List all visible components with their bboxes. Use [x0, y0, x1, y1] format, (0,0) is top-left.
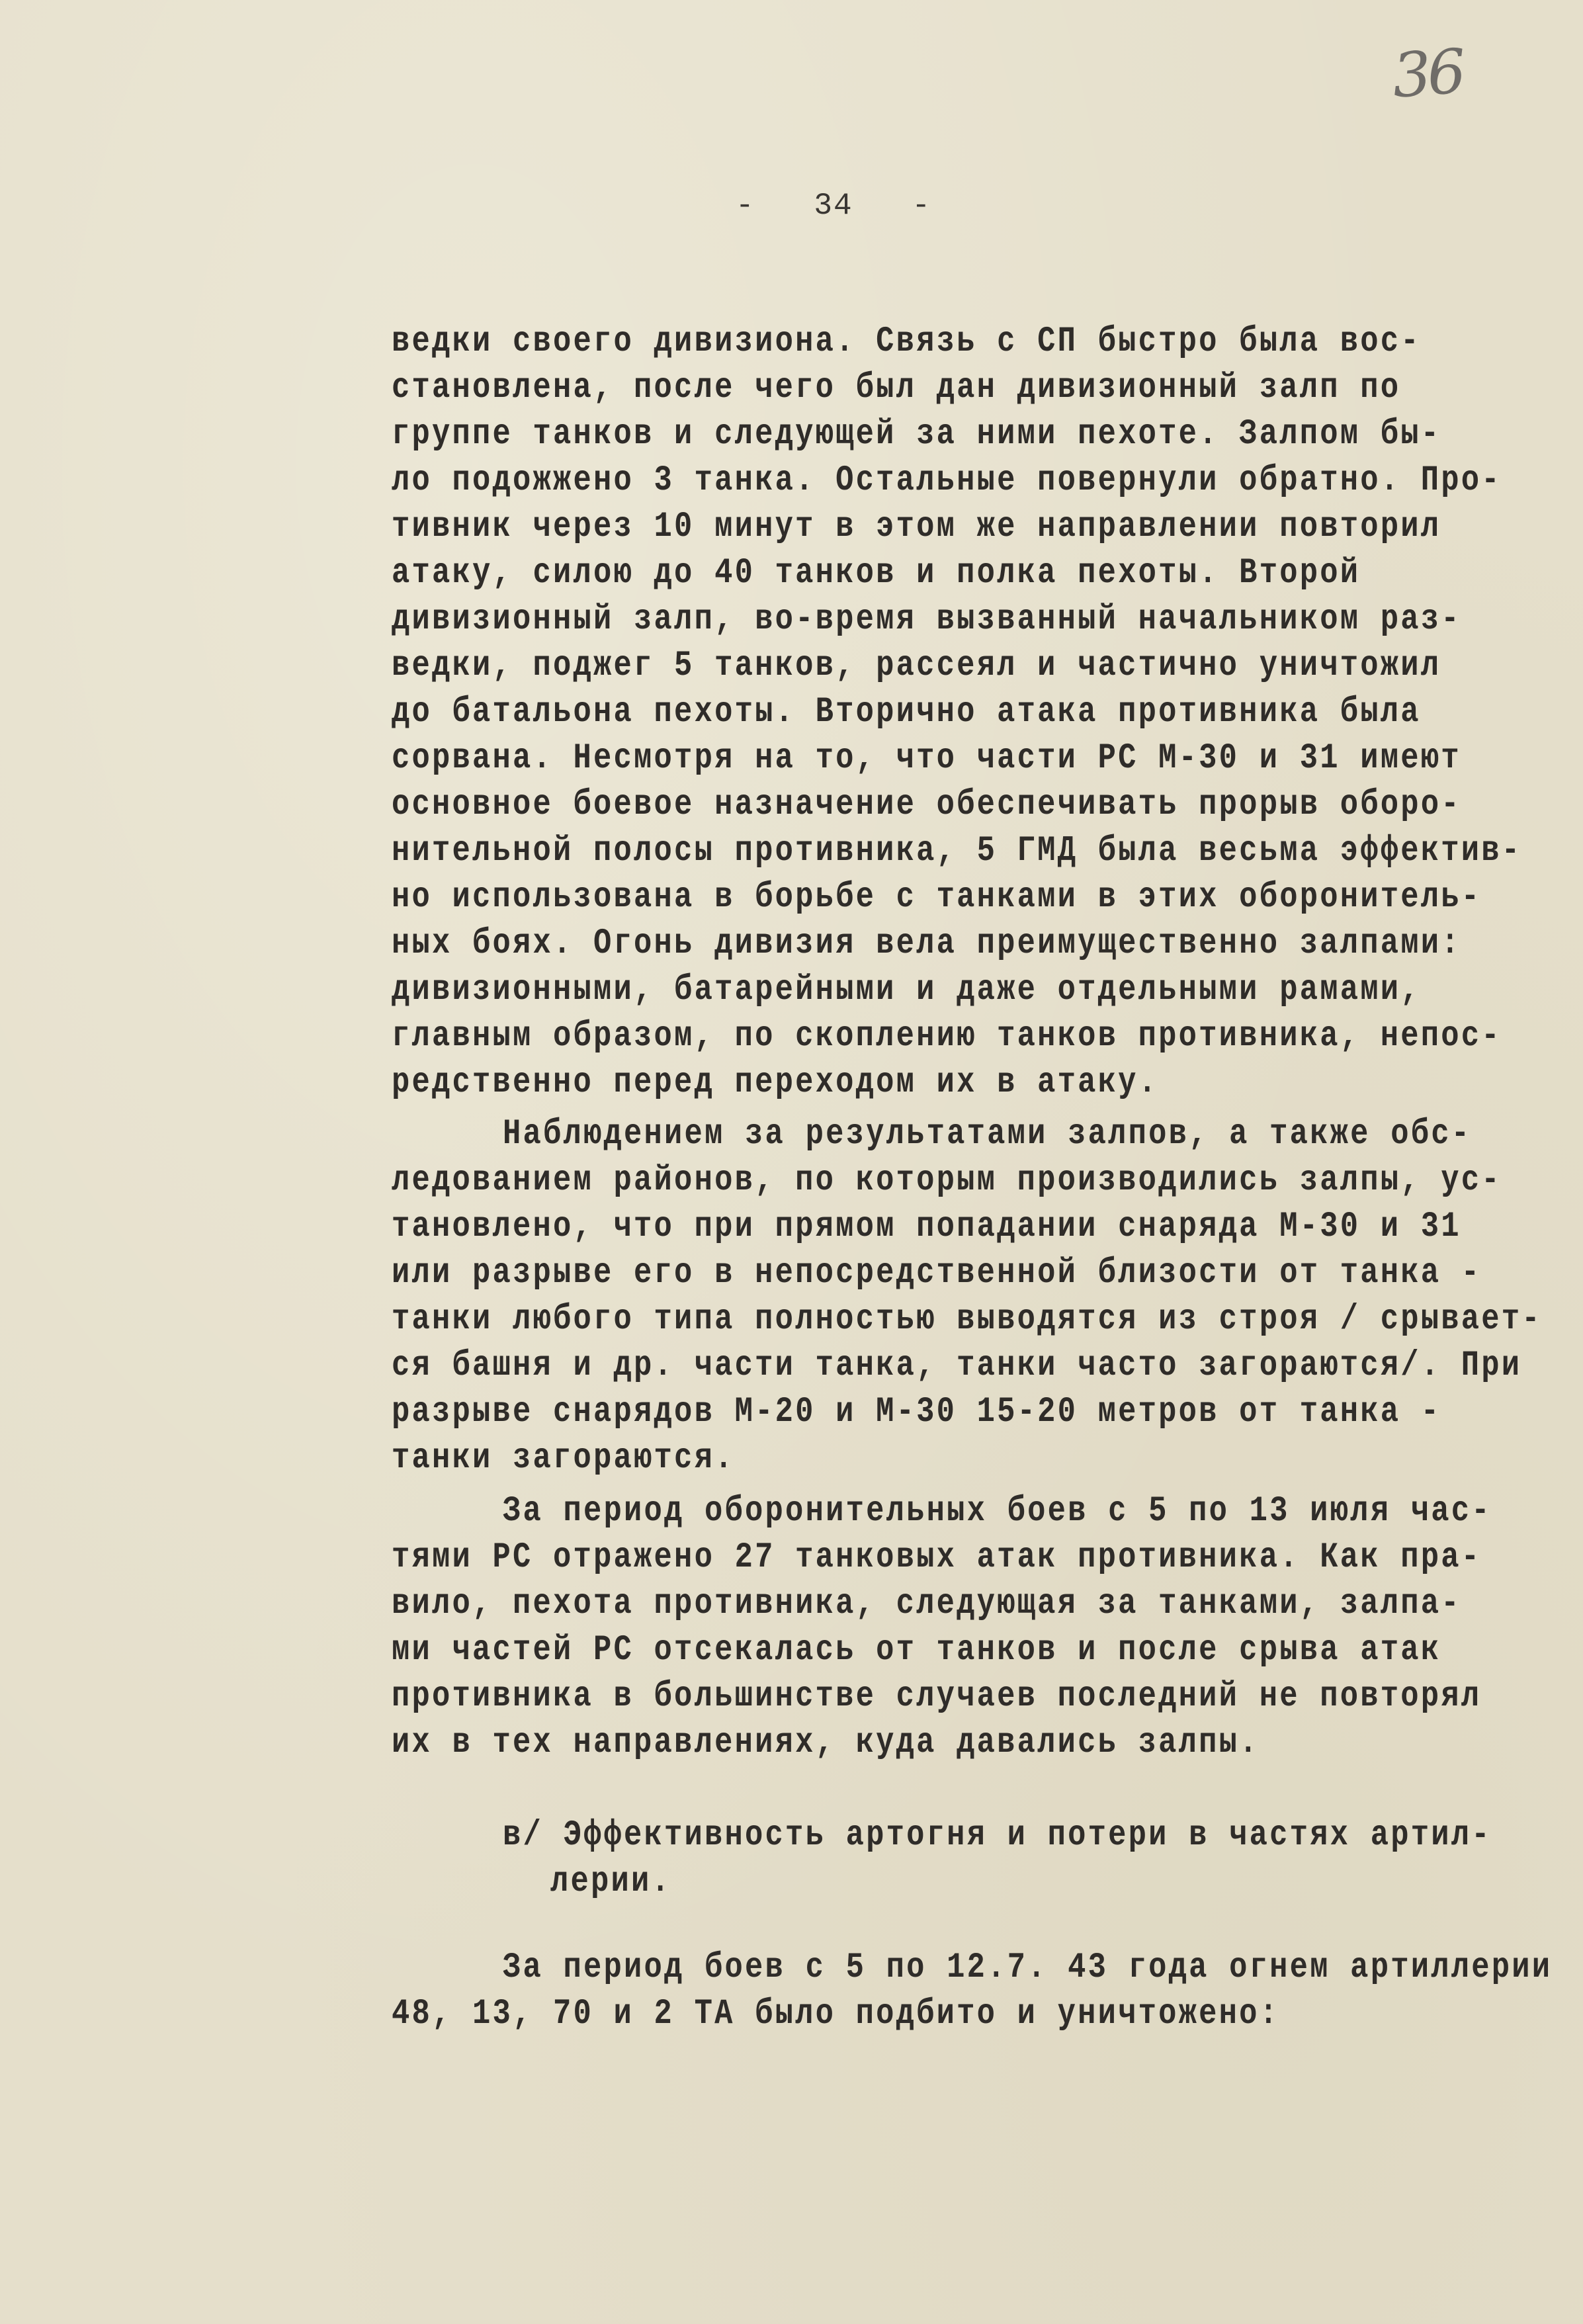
section-heading: в/ Эффективность артогня и потери в част… — [503, 1818, 1492, 1854]
text-line: до батальона пехоты. Вторично атака прот… — [392, 695, 1421, 730]
text-line: танки загораются. — [392, 1441, 735, 1477]
text-line: дивизионными, батарейными и даже отдельн… — [392, 972, 1421, 1008]
text-line: их в тех направлениях, куда давались зал… — [392, 1725, 1260, 1761]
text-line: ных боях. Огонь дивизия вела преимуществ… — [392, 926, 1461, 962]
text-line: сорвана. Несмотря на то, что части РС М-… — [392, 741, 1461, 777]
text-line: дивизионный залп, во-время вызванный нач… — [392, 602, 1461, 638]
text-line: группе танков и следующей за ними пехоте… — [392, 417, 1441, 452]
text-line: главным образом, по скоплению танков про… — [392, 1019, 1502, 1054]
text-line: редственно перед переходом их в атаку. — [392, 1065, 1158, 1101]
text-line: атаку, силою до 40 танков и полка пехоты… — [392, 556, 1360, 591]
page-number: - 34 - — [736, 189, 931, 223]
text-line: ведки своего дивизиона. Связь с СП быстр… — [392, 324, 1421, 360]
text-line: танки любого типа полностью выводятся из… — [392, 1302, 1542, 1338]
document-page: 36 - 34 - ведки своего дивизиона. Связь … — [0, 0, 1583, 2324]
text-line: ведки, поджег 5 танков, рассеял и частич… — [392, 648, 1441, 684]
text-line: ми частей РС отсекалась от танков и посл… — [392, 1633, 1441, 1668]
archive-sheet-number: 36 — [1390, 36, 1464, 111]
text-line: ся башня и др. части танка, танки часто … — [392, 1348, 1521, 1384]
paragraph-start-line: За период оборонительных боев с 5 по 13 … — [503, 1494, 1492, 1529]
final-paragraph-line: 48, 13, 70 и 2 ТА было подбито и уничтож… — [392, 1997, 1279, 2032]
final-paragraph-line: За период боев с 5 по 12.7. 43 года огне… — [503, 1950, 1552, 1986]
text-line: тивник через 10 минут в этом же направле… — [392, 509, 1441, 545]
text-line: противника в большинстве случаев последн… — [392, 1679, 1481, 1715]
text-line: нительной полосы противника, 5 ГМД была … — [392, 834, 1521, 869]
text-line: тями РС отражено 27 танковых атак против… — [392, 1540, 1481, 1576]
paragraph-start-line: Наблюдением за результатами залпов, а та… — [503, 1117, 1471, 1152]
text-line: становлена, после чего был дан дивизионн… — [392, 370, 1400, 406]
section-heading-continuation: лерии. — [550, 1864, 671, 1900]
text-line: ледованием районов, по которым производи… — [392, 1163, 1502, 1199]
text-line: разрыве снарядов М-20 и М-30 15-20 метро… — [392, 1395, 1441, 1430]
text-line: основное боевое назначение обеспечивать … — [392, 787, 1461, 823]
text-line: но использована в борьбе с танками в эти… — [392, 880, 1481, 916]
text-line: ло подожжено 3 танка. Остальные повернул… — [392, 463, 1502, 499]
text-line: тановлено, что при прямом попадании снар… — [392, 1209, 1461, 1245]
text-line: вило, пехота противника, следующая за та… — [392, 1586, 1461, 1622]
text-line: или разрыве его в непосредственной близо… — [392, 1256, 1481, 1291]
